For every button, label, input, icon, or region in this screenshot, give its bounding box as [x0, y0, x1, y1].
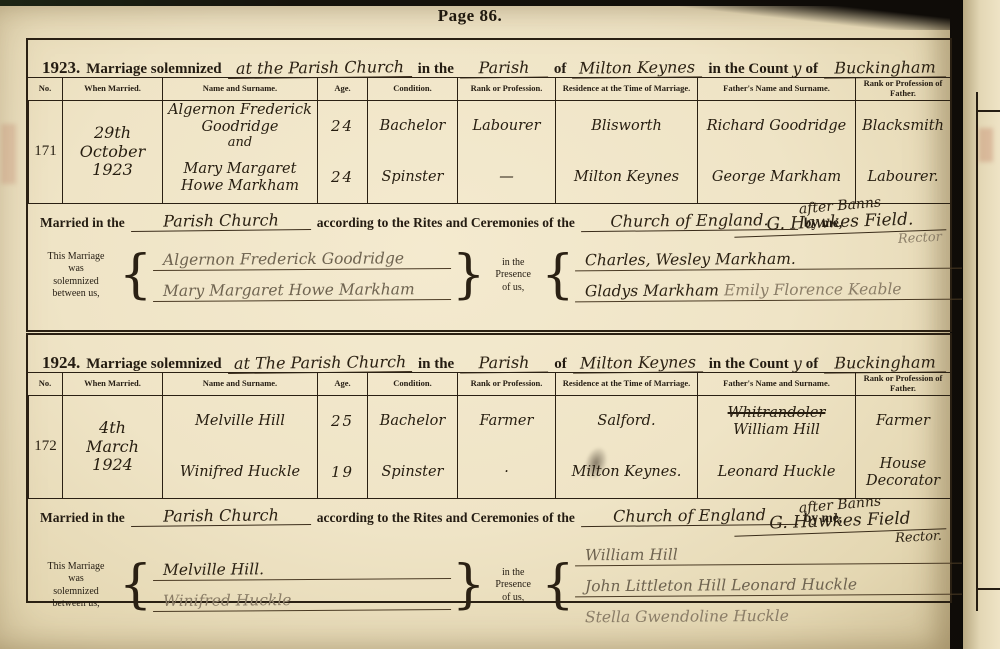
groom-name: Algernon Frederick Goodridge	[163, 102, 317, 135]
officiant-signature-block: after Banns G. Hawkes Field. Rector	[734, 198, 946, 250]
solemnized-block: This Marriage was solemnized between us,…	[34, 250, 948, 301]
column-header-no: No.	[28, 373, 62, 396]
column-header-no: No.	[28, 78, 62, 101]
column-header-residence: Residence at the Time of Marriage.	[555, 373, 697, 396]
this-marriage-label: This Marriage was solemnized between us,	[34, 251, 118, 301]
handwritten-y: y	[792, 59, 801, 78]
printed-married-in-the: Married in the	[40, 215, 125, 231]
groom-father-profession: Blacksmith	[855, 101, 950, 152]
printed-according: according to the Rites and Ceremonies of…	[317, 215, 575, 231]
joiner-and: and	[228, 136, 252, 151]
handwritten-married-in: Parish Church	[131, 210, 311, 232]
witness-signature-1: Charles, Wesley Markham.	[575, 249, 963, 272]
when-married-day: 29th	[94, 124, 131, 142]
register-table-1924: No. When Married. Name and Surname. Age.…	[28, 372, 950, 499]
printed-according: according to the Rites and Ceremonies of…	[317, 510, 575, 526]
column-header-age: Age.	[317, 373, 367, 396]
handwritten-place: at The Parish Church	[228, 352, 413, 374]
adjacent-page-stamp-smudge	[979, 128, 993, 162]
column-header-age: Age.	[317, 78, 367, 101]
marriage-record-1923: 1923. Marriage solemnized at the Parish …	[26, 38, 952, 332]
year-label: 1924.	[42, 353, 80, 373]
groom-name-cell: Algernon Frederick Goodridge and	[162, 101, 317, 152]
brace-open-icon: {	[119, 253, 152, 297]
witness-signature-2: John Littleton Hill Leonard Huckle	[575, 575, 963, 598]
brace-open-icon: {	[119, 563, 152, 607]
groom-name: Melville Hill	[195, 413, 285, 430]
printed-of: of	[806, 356, 819, 373]
bride-condition: Spinster	[367, 447, 457, 499]
groom-father-profession: Farmer	[855, 396, 950, 447]
brace-close-icon: }	[452, 563, 485, 607]
printed-in-the-count: in the Count	[708, 61, 788, 78]
printed-of: of	[554, 61, 567, 78]
groom-name-cell: Melville Hill	[162, 396, 317, 447]
groom-father-cell: Whitrandoler William Hill	[697, 396, 855, 447]
column-header-father-profession: Rank or Profession of Father.	[855, 373, 950, 396]
adjacent-page-rule	[976, 588, 1000, 590]
when-married-day: 4th	[99, 419, 126, 437]
when-married-month: March	[86, 438, 139, 456]
column-header-name: Name and Surname.	[162, 78, 317, 101]
when-married-cell: 4th March 1924	[62, 396, 162, 499]
groom-residence: Salford.	[555, 396, 697, 447]
bride-signature: Mary Margaret Howe Markham	[153, 280, 451, 302]
bride-signature: Winifred Huckle	[153, 590, 451, 612]
bride-name-cell: Mary Margaret Howe Markham	[162, 152, 317, 204]
column-header-profession: Rank or Profession.	[457, 373, 555, 396]
this-marriage-label: This Marriage was solemnized between us,	[34, 561, 118, 611]
printed-marriage-solemnized: Marriage solemnized	[86, 61, 221, 78]
register-table-1923: No. When Married. Name and Surname. Age.…	[28, 77, 950, 204]
bride-residence: Milton Keynes	[555, 152, 697, 204]
bride-residence: Milton Keynes.	[555, 447, 697, 499]
groom-father: William Hill	[733, 422, 820, 439]
bride-name-cell: Winifred Huckle	[162, 447, 317, 499]
margin-stamp-smudge	[1, 124, 16, 184]
column-header-name: Name and Surname.	[162, 373, 317, 396]
register-page: Page 86. 1923. Marriage solemnized at th…	[0, 6, 950, 649]
bride-age: 19	[317, 447, 367, 499]
groom-profession: Farmer	[457, 396, 555, 447]
adjacent-page-rule	[976, 92, 978, 611]
printed-marriage-solemnized: Marriage solemnized	[86, 356, 221, 373]
spouse-signatures: Algernon Frederick Goodridge Mary Margar…	[153, 250, 451, 301]
printed-of: of	[554, 356, 567, 373]
groom-age: 24	[317, 101, 367, 152]
witness-signatures: William Hill John Littleton Hill Leonard…	[575, 545, 963, 626]
groom-condition: Bachelor	[367, 101, 457, 152]
groom-father-crossed-out: Whitrandoler	[728, 405, 826, 422]
column-header-when-married: When Married.	[62, 78, 162, 101]
year-label: 1923.	[42, 58, 80, 78]
groom-father: Richard Goodridge	[697, 101, 855, 152]
witness-signature-2: Gladys Markham Emily Florence Keable	[575, 280, 963, 303]
when-married-year: 1924	[92, 456, 133, 474]
handwritten-married-in: Parish Church	[131, 505, 311, 527]
entry-number: 172	[28, 396, 62, 499]
adjacent-page-edge	[962, 0, 1000, 649]
officiant-signature-block: after Banns G. Hawkes Field Rector.	[734, 497, 946, 549]
handwritten-parish: Parish	[460, 58, 548, 79]
bride-profession: —	[457, 152, 555, 204]
groom-signature: Melville Hill.	[153, 559, 451, 581]
printed-married-in-the: Married in the	[40, 510, 125, 526]
column-header-profession: Rank or Profession.	[457, 78, 555, 101]
presence-label: in the Presence of us,	[486, 567, 540, 605]
when-married-year: 1923	[92, 161, 133, 179]
column-header-father: Father's Name and Surname.	[697, 373, 855, 396]
printed-in-the: in the	[418, 61, 454, 78]
solemnized-block: This Marriage was solemnized between us,…	[34, 545, 948, 626]
handwritten-county: Buckingham	[824, 352, 946, 373]
brace-open-icon: {	[541, 563, 574, 607]
column-header-when-married: When Married.	[62, 373, 162, 396]
groom-age: 25	[317, 396, 367, 447]
adjacent-page-rule	[976, 110, 1000, 112]
brace-open-icon: {	[541, 253, 574, 297]
witness-signature-3: Stella Gwendoline Huckle	[575, 606, 963, 628]
printed-in-the-count: in the Count	[709, 356, 789, 373]
bride-name: Mary Margaret Howe Markham	[163, 161, 317, 194]
witness-signatures: Charles, Wesley Markham. Gladys Markham …	[575, 250, 963, 301]
handwritten-parish: Parish	[460, 353, 548, 374]
page-corner-shadow	[680, 0, 950, 30]
groom-signature: Algernon Frederick Goodridge	[153, 249, 451, 271]
brace-close-icon: }	[452, 253, 485, 297]
marriage-record-1924: 1924. Marriage solemnized at The Parish …	[26, 333, 952, 603]
printed-in-the: in the	[418, 356, 454, 373]
bride-father: George Markham	[697, 152, 855, 204]
column-header-condition: Condition.	[367, 373, 457, 396]
witness-signature-1: William Hill	[575, 544, 963, 567]
record-title-1924: 1924. Marriage solemnized at The Parish …	[28, 335, 950, 374]
column-header-father-profession: Rank or Profession of Father.	[855, 78, 950, 101]
column-header-condition: Condition.	[367, 78, 457, 101]
column-header-residence: Residence at the Time of Marriage.	[555, 78, 697, 101]
handwritten-parish-name: Milton Keynes	[573, 352, 703, 373]
printed-of: of	[805, 61, 818, 78]
groom-condition: Bachelor	[367, 396, 457, 447]
bride-age: 24	[317, 152, 367, 204]
presence-label: in the Presence of us,	[486, 257, 540, 295]
handwritten-parish-name: Milton Keynes	[572, 57, 702, 78]
bride-profession: ·	[457, 447, 555, 499]
entry-number: 171	[28, 101, 62, 204]
handwritten-y: y	[793, 354, 802, 373]
handwritten-place: at the Parish Church	[228, 57, 412, 79]
bride-name: Winifred Huckle	[180, 464, 300, 481]
record-title-1923: 1923. Marriage solemnized at the Parish …	[28, 40, 950, 79]
bride-condition: Spinster	[367, 152, 457, 204]
bride-father: Leonard Huckle	[697, 447, 855, 499]
when-married-month: October	[80, 143, 146, 161]
groom-residence: Blisworth	[555, 101, 697, 152]
groom-profession: Labourer	[457, 101, 555, 152]
column-header-father: Father's Name and Surname.	[697, 78, 855, 101]
handwritten-county: Buckingham	[824, 57, 946, 78]
spouse-signatures: Melville Hill. Winifred Huckle	[153, 560, 451, 611]
when-married-cell: 29th October 1923	[62, 101, 162, 204]
